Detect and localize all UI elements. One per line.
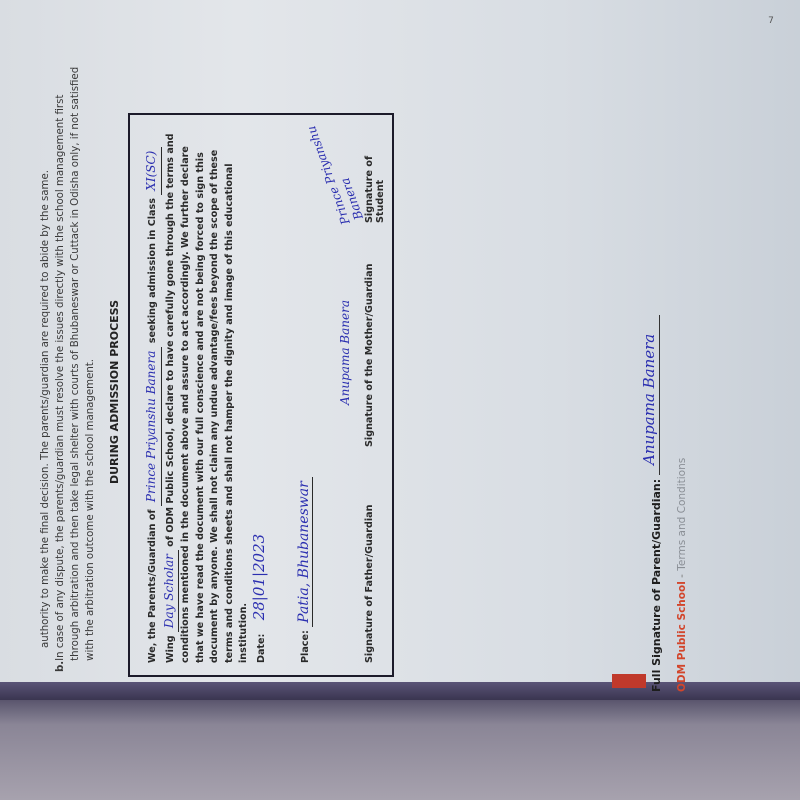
wing-handwritten: Day Scholar [162, 554, 176, 628]
intro-paragraph: authority to make the final decision. Th… [38, 52, 98, 672]
date-handwritten: 28|01|2023 [250, 534, 268, 620]
date-label: Date: [256, 634, 267, 663]
place-row: Place: Patia, Bhubaneswar [296, 477, 313, 663]
place-handwritten: Patia, Bhubaneswar [296, 481, 312, 623]
student-signature-handwritten: Prince Priyanshu Banera [302, 114, 366, 227]
mother-signature-handwritten: Anupama Banera [338, 300, 352, 405]
intro-line-top: authority to make the final decision. Th… [38, 52, 53, 672]
declaration-box: We, the Parents/Guardian of Prince Priya… [128, 113, 394, 677]
full-signature-label: Full Signature of Parent/Guardian: [650, 479, 663, 692]
class-handwritten: XI(SC) [144, 151, 158, 191]
section-title: DURING ADMISSION PROCESS [108, 92, 121, 692]
desk-background [0, 692, 800, 800]
date-row: Date: 28|01|2023 [250, 534, 268, 663]
student-name-field: Prince Priyanshu Banera [144, 347, 162, 506]
list-item-b: b. In case of any dispute, the parents/g… [53, 52, 98, 672]
mother-signature-label: Signature of the Mother/Guardian [364, 264, 375, 447]
place-label: Place: [300, 630, 311, 663]
decl-part3: Wing [165, 635, 176, 663]
footer-separator: - [676, 571, 688, 581]
full-signature-handwritten: Anupama Banera [640, 334, 658, 465]
page-number: 7 [768, 16, 774, 26]
decl-part2: seeking admission in Class [147, 198, 158, 343]
full-signature-line: Anupama Banera [659, 315, 660, 475]
father-signature-label: Signature of Father/Guardian [364, 505, 375, 663]
document-page: authority to make the final decision. Th… [0, 2, 800, 692]
declaration-text: We, the Parents/Guardian of Prince Priya… [144, 123, 252, 663]
page-footer: ODM Public School - Terms and Conditions [676, 458, 688, 692]
decl-part1: We, the Parents/Guardian of [147, 509, 158, 663]
class-field: XI(SC) [144, 147, 162, 195]
full-signature-row: Full Signature of Parent/Guardian: Anupa… [650, 315, 663, 692]
place-field: Patia, Bhubaneswar [296, 477, 313, 627]
student-name-handwritten: Prince Priyanshu Banera [144, 351, 158, 502]
footer-doc-title: Terms and Conditions [676, 458, 688, 571]
school-logo [612, 674, 646, 688]
footer-brand: ODM Public School [676, 581, 688, 692]
list-item-text: In case of any dispute, the parents/guar… [53, 52, 98, 661]
student-signature-label: Signature of Student [364, 115, 386, 223]
list-marker: b. [53, 661, 98, 672]
wing-field: Day Scholar [162, 550, 180, 632]
